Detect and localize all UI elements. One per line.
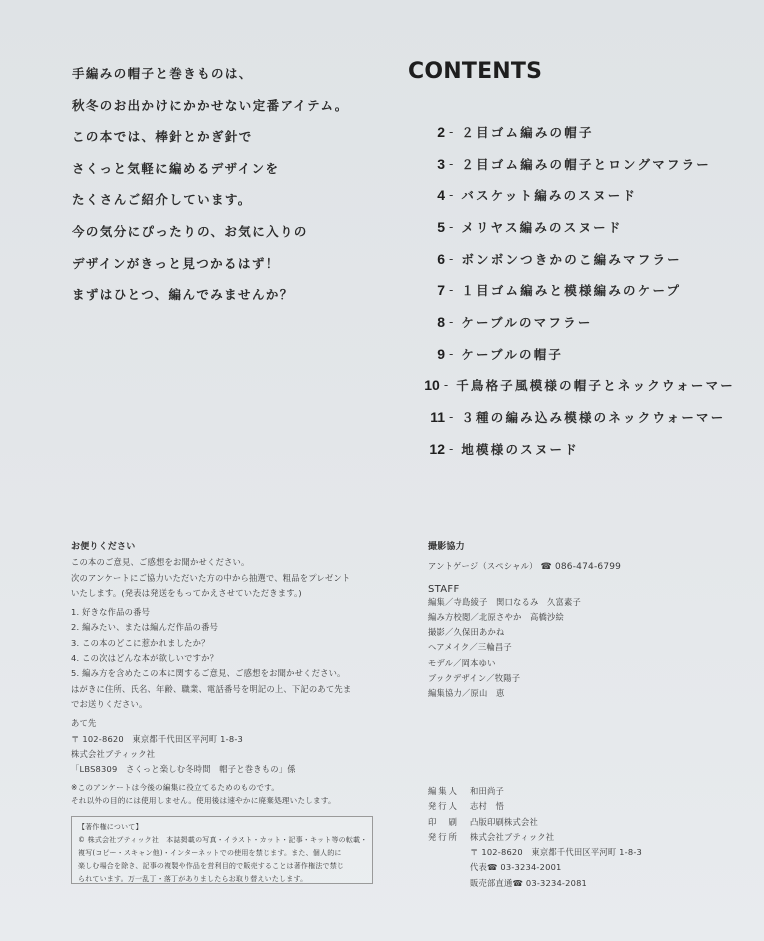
toc-separator: - — [449, 347, 453, 361]
imprint-value: 株式会社ブティック社 — [470, 830, 554, 845]
toc-title: ２目ゴム編みの帽子 — [461, 123, 593, 141]
intro-line: 今の気分にぴったりの、お気に入りの — [72, 222, 349, 254]
copyright-line: られています。万一乱丁・落丁がありましたらお取り替えいたします。 — [78, 873, 366, 886]
intro-line: たくさんご紹介しています。 — [72, 190, 349, 222]
survey-question: 5. 編み方を含めたこの本に関するご意見、ご感想をお聞かせください。 — [71, 666, 351, 681]
copyright-notice: 【著作権について】 © 株式会社ブティック社 本誌掲載の写真・イラスト・カット・… — [71, 816, 373, 884]
imprint-label: 発行所 — [428, 830, 470, 845]
staff-line: 撮影／久保田あかね — [428, 625, 621, 640]
mailing-address: 株式会社ブティック社 — [71, 747, 351, 762]
toc-page-number: 4 — [405, 187, 445, 203]
survey-question: でお送りください。 — [71, 697, 351, 712]
intro-paragraph: 手編みの帽子と巻きものは、 秋冬のお出かけにかかせない定番アイテム。 この本では… — [72, 64, 349, 317]
survey-question: 1. 好きな作品の番号 — [71, 605, 351, 620]
survey-text: 次のアンケートにご協力いただいた方の中から抽選で、粗品をプレゼント — [71, 571, 351, 586]
survey-heading: お便りください — [71, 540, 351, 555]
toc-entry[interactable]: 2-２目ゴム編みの帽子 — [405, 116, 735, 148]
imprint-row: 発行所株式会社ブティック社 — [428, 830, 642, 845]
imprint-value: 凸版印刷株式会社 — [470, 815, 538, 830]
imprint-row: 編集人和田尚子 — [428, 784, 642, 799]
cooperation-name: アントゲージ（スペシャル） — [428, 561, 538, 571]
toc-page-number: 8 — [405, 314, 445, 330]
toc-title: ボンボンつきかのこ編みマフラー — [461, 250, 682, 268]
toc-page-number: 10 — [405, 377, 440, 393]
publisher-address: 〒 102-8620 東京都千代田区平河町 1-8-3 — [428, 845, 642, 860]
toc-separator: - — [449, 283, 453, 297]
photo-cooperation-heading: 撮影協力 — [428, 540, 621, 555]
imprint-row: 印 刷凸版印刷株式会社 — [428, 815, 642, 830]
toc-title: ２目ゴム編みの帽子とロングマフラー — [461, 155, 711, 173]
toc-separator: - — [449, 315, 453, 329]
toc-separator: - — [449, 188, 453, 202]
copyright-line: © 株式会社ブティック社 本誌掲載の写真・イラスト・カット・記事・キット等の転載… — [78, 834, 366, 847]
toc-entry[interactable]: 8-ケーブルのマフラー — [405, 306, 735, 338]
table-of-contents: 2-２目ゴム編みの帽子 3-２目ゴム編みの帽子とロングマフラー 4-バスケット編… — [405, 116, 735, 465]
toc-separator: - — [444, 378, 448, 392]
imprint-value: 和田尚子 — [470, 784, 504, 799]
survey-text: いたします。(発表は発送をもってかえさせていただきます。) — [71, 586, 351, 601]
toc-entry[interactable]: 7-１目ゴム編みと模様編みのケープ — [405, 274, 735, 306]
photo-cooperation: アントゲージ（スペシャル） ☎ 086-474-6799 — [428, 559, 621, 575]
toc-entry[interactable]: 5-メリヤス編みのスヌード — [405, 211, 735, 243]
mailing-address: あて先 — [71, 716, 351, 731]
toc-title: 地模様のスヌード — [461, 440, 579, 458]
survey-question: 2. 編みたい、または編んだ作品の番号 — [71, 620, 351, 635]
staff-line: ヘアメイク／三輪昌子 — [428, 640, 621, 655]
toc-entry[interactable]: 12-地模様のスヌード — [405, 433, 735, 465]
toc-page-number: 9 — [405, 346, 445, 362]
intro-line: 秋冬のお出かけにかかせない定番アイテム。 — [72, 96, 349, 128]
imprint-row: 発行人志村 悟 — [428, 799, 642, 814]
survey-note: それ以外の目的には使用しません。使用後は速やかに廃棄処理いたします。 — [71, 794, 351, 807]
contents-title: CONTENTS — [408, 59, 542, 84]
survey-question: はがきに住所、氏名、年齢、職業、電話番号を明記の上、下記のあて先ま — [71, 682, 351, 697]
staff-line: ブックデザイン／牧陽子 — [428, 671, 621, 686]
toc-page-number: 3 — [405, 156, 445, 172]
toc-title: ケーブルの帽子 — [461, 345, 563, 363]
copyright-line: 複写(コピー・スキャン他)・インターネットでの使用を禁じます。また、個人的に — [78, 847, 366, 860]
toc-separator: - — [449, 220, 453, 234]
copyright-line: 【著作権について】 — [78, 821, 366, 834]
survey-text: この本のご意見、ご感想をお聞かせください。 — [71, 555, 351, 570]
intro-line: この本では、棒針とかぎ針で — [72, 127, 349, 159]
staff-line: 編集協力／原山 恵 — [428, 686, 621, 701]
toc-entry[interactable]: 4-バスケット編みのスヌード — [405, 179, 735, 211]
staff-line: モデル／岡本ゆい — [428, 656, 621, 671]
intro-line: デザインがきっと見つかるはず！ — [72, 254, 349, 286]
phone-icon-number: ☎ 086-474-6799 — [540, 562, 621, 572]
credits: 撮影協力 アントゲージ（スペシャル） ☎ 086-474-6799 STAFF … — [428, 540, 621, 702]
toc-title: 千鳥格子風模様の帽子とネックウォーマー — [456, 376, 735, 394]
toc-separator: - — [449, 252, 453, 266]
survey-question: 3. この本のどこに惹かれましたか？ — [71, 636, 351, 651]
intro-line: 手編みの帽子と巻きものは、 — [72, 64, 349, 96]
imprint-label: 編集人 — [428, 784, 470, 799]
toc-entry[interactable]: 6-ボンボンつきかのこ編みマフラー — [405, 243, 735, 275]
toc-entry[interactable]: 3-２目ゴム編みの帽子とロングマフラー — [405, 148, 735, 180]
sales-phone: 販売部直通☎ 03-3234-2081 — [428, 876, 642, 891]
toc-separator: - — [449, 410, 453, 424]
toc-title: バスケット編みのスヌード — [461, 186, 637, 204]
toc-entry[interactable]: 11-３種の編み込み模様のネックウォーマー — [405, 401, 735, 433]
toc-page-number: 12 — [405, 441, 445, 457]
copyright-line: 楽しむ場合を除き、記事の複製や作品を営利目的で販売することは著作権法で禁じ — [78, 860, 366, 873]
staff-heading: STAFF — [428, 584, 621, 595]
toc-page-number: 11 — [405, 409, 445, 425]
survey-question: 4. この次はどんな本が欲しいですか？ — [71, 651, 351, 666]
imprint-label: 印 刷 — [428, 815, 470, 830]
intro-line: まずはひとつ、編んでみませんか？ — [72, 285, 349, 317]
toc-separator: - — [449, 125, 453, 139]
toc-entry[interactable]: 10-千鳥格子風模様の帽子とネックウォーマー — [405, 370, 735, 402]
mailing-address: 〒 102-8620 東京都千代田区平河町 1-8-3 — [71, 732, 351, 747]
toc-title: ケーブルのマフラー — [461, 313, 592, 331]
reader-survey: お便りください この本のご意見、ご感想をお聞かせください。 次のアンケートにご協… — [71, 540, 351, 807]
mailing-address: 「LBS8309 さくっと楽しむ冬時間 帽子と巻きもの」係 — [71, 762, 351, 777]
imprint-value: 志村 悟 — [470, 799, 504, 814]
staff-line: 編集／寺島綾子 関口なるみ 久富素子 — [428, 595, 621, 610]
toc-separator: - — [449, 157, 453, 171]
toc-page-number: 6 — [405, 251, 445, 267]
intro-line: さくっと気軽に編めるデザインを — [72, 159, 349, 191]
toc-page-number: 7 — [405, 282, 445, 298]
imprint-label: 発行人 — [428, 799, 470, 814]
main-phone: 代表☎ 03-3234-2001 — [428, 860, 642, 875]
toc-page-number: 5 — [405, 219, 445, 235]
toc-title: メリヤス編みのスヌード — [461, 218, 622, 236]
toc-page-number: 2 — [405, 124, 445, 140]
toc-separator: - — [449, 442, 453, 456]
imprint: 編集人和田尚子 発行人志村 悟 印 刷凸版印刷株式会社 発行所株式会社ブティック… — [428, 784, 642, 891]
toc-entry[interactable]: 9-ケーブルの帽子 — [405, 338, 735, 370]
staff-line: 編み方校閲／北原さやか 高橋沙絵 — [428, 610, 621, 625]
survey-note: ※このアンケートは今後の編集に役立てるためのものです。 — [71, 781, 351, 794]
toc-title: １目ゴム編みと模様編みのケープ — [461, 281, 681, 299]
toc-title: ３種の編み込み模様のネックウォーマー — [461, 408, 725, 426]
